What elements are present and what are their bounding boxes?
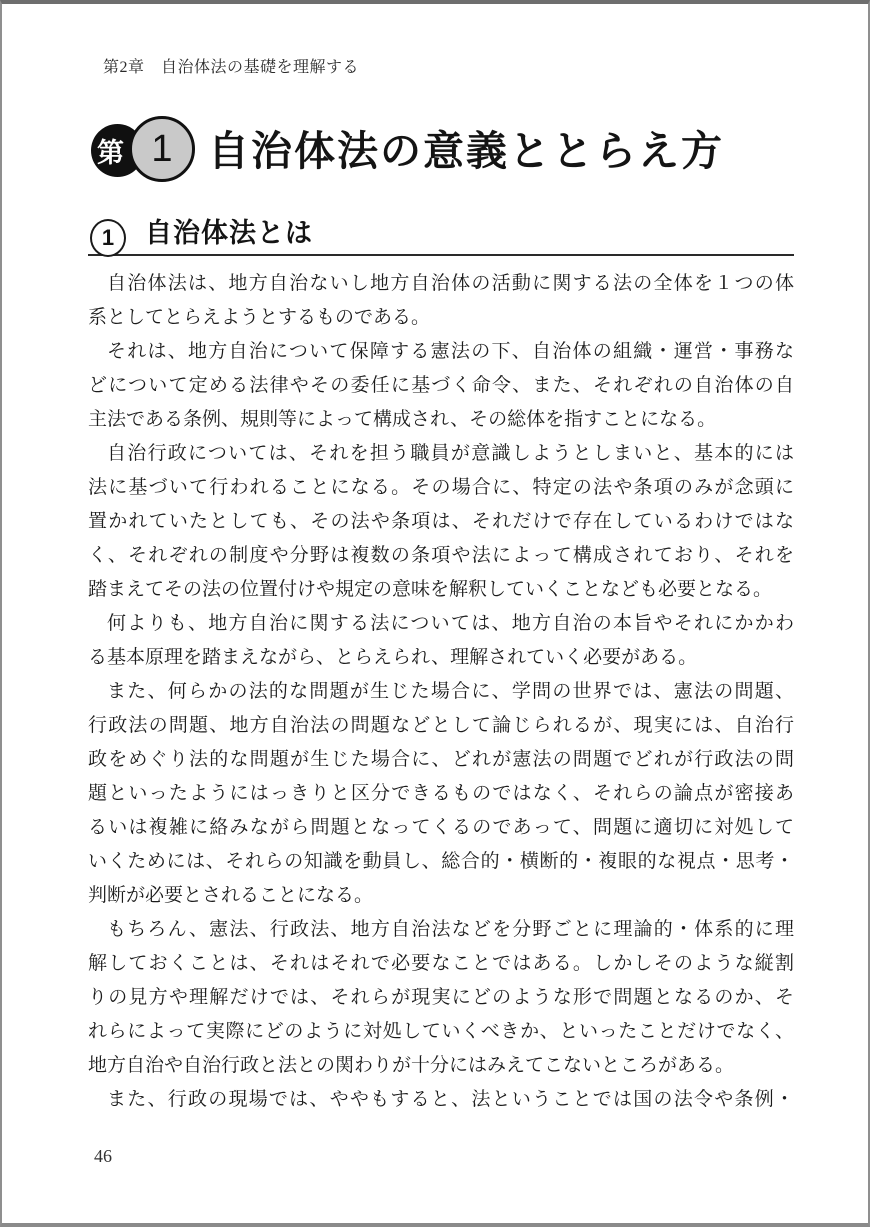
body-line: る基本原理を踏まえながら、とらえられ、理解されていく必要がある。 [88, 641, 794, 675]
body-line: 地方自治や自治行政と法との関わりが十分にはみえてこないところがある。 [88, 1049, 794, 1083]
body-line: 踏まえてその法の位置付けや規定の意味を解釈していくことなども必要となる。 [88, 573, 794, 607]
body-line: 解しておくことは、それはそれで必要なことではある。しかしそのような縦割 [88, 947, 794, 981]
body-line: 主法である条例、規則等によって構成され、その総体を指すことになる。 [88, 403, 794, 437]
body-line: りの見方や理解だけでは、それらが現実にどのような形で問題となるのか、そ [88, 981, 794, 1015]
body-line: 題といったようにはっきりと区分できるものではなく、それらの論点が密接あ [88, 777, 794, 811]
body-line: れらによって実際にどのように対処していくべきか、といったことだけでなく、 [88, 1015, 794, 1049]
body-line: また、何らかの法的な問題が生じた場合に、学問の世界では、憲法の問題、 [88, 675, 794, 709]
body-line: 何よりも、地方自治に関する法については、地方自治の本旨やそれにかかわ [88, 607, 794, 641]
body-line: く、それぞれの制度や分野は複数の条項や法によって構成されており、それを [88, 539, 794, 573]
article-body: 自治体法は、地方自治ないし地方自治体の活動に関する法の全体を１つの体系としてとら… [88, 267, 794, 1117]
section-number-circle: 1 [90, 219, 126, 257]
page-number: 46 [94, 1146, 112, 1167]
book-page: 第2章 自治体法の基礎を理解する 第 1 自治体法の意義ととらえ方 1 自治体法… [0, 0, 870, 1227]
section-underline [88, 254, 794, 256]
chapter-title: 自治体法の意義ととらえ方 [208, 127, 724, 175]
body-line: 法に基づいて行われることになる。その場合に、特定の法や条項のみが念頭に [88, 471, 794, 505]
section-title: 自治体法とは [145, 216, 313, 250]
body-line: いくためには、それらの知識を動員し、総合的・横断的・複眼的な視点・思考・ [88, 845, 794, 879]
body-line: どについて定める法律やその委任に基づく命令、また、それぞれの自治体の自 [88, 369, 794, 403]
body-line: 自治行政については、それを担う職員が意識しようとしまいと、基本的には [88, 437, 794, 471]
body-line: るいは複雑に絡みながら問題となってくるのであって、問題に適切に対処して [88, 811, 794, 845]
body-line: 行政法の問題、地方自治法の問題などとして論じられるが、現実には、自治行 [88, 709, 794, 743]
body-line: 判断が必要とされることになる。 [88, 879, 794, 913]
body-line: 政をめぐり法的な問題が生じた場合に、どれが憲法の問題でどれが行政法の問 [88, 743, 794, 777]
chapter-badge-number-circle: 1 [129, 116, 195, 182]
chapter-badge-number-label: 1 [151, 128, 172, 171]
body-line: 自治体法は、地方自治ないし地方自治体の活動に関する法の全体を１つの体 [88, 267, 794, 301]
chapter-badge-prefix-label: 第 [97, 131, 124, 170]
body-line: 置かれていたとしても、その法や条項は、それだけで存在しているわけではな [88, 505, 794, 539]
body-line: それは、地方自治について保障する憲法の下、自治体の組織・運営・事務な [88, 335, 794, 369]
body-line: 系としてとらえようとするものである。 [88, 301, 794, 335]
running-header: 第2章 自治体法の基礎を理解する [103, 54, 359, 77]
body-line: もちろん、憲法、行政法、地方自治法などを分野ごとに理論的・体系的に理 [88, 913, 794, 947]
section-number-label: 1 [102, 225, 114, 251]
body-line: また、行政の現場では、ややもすると、法ということでは国の法令や条例・ [88, 1083, 794, 1117]
